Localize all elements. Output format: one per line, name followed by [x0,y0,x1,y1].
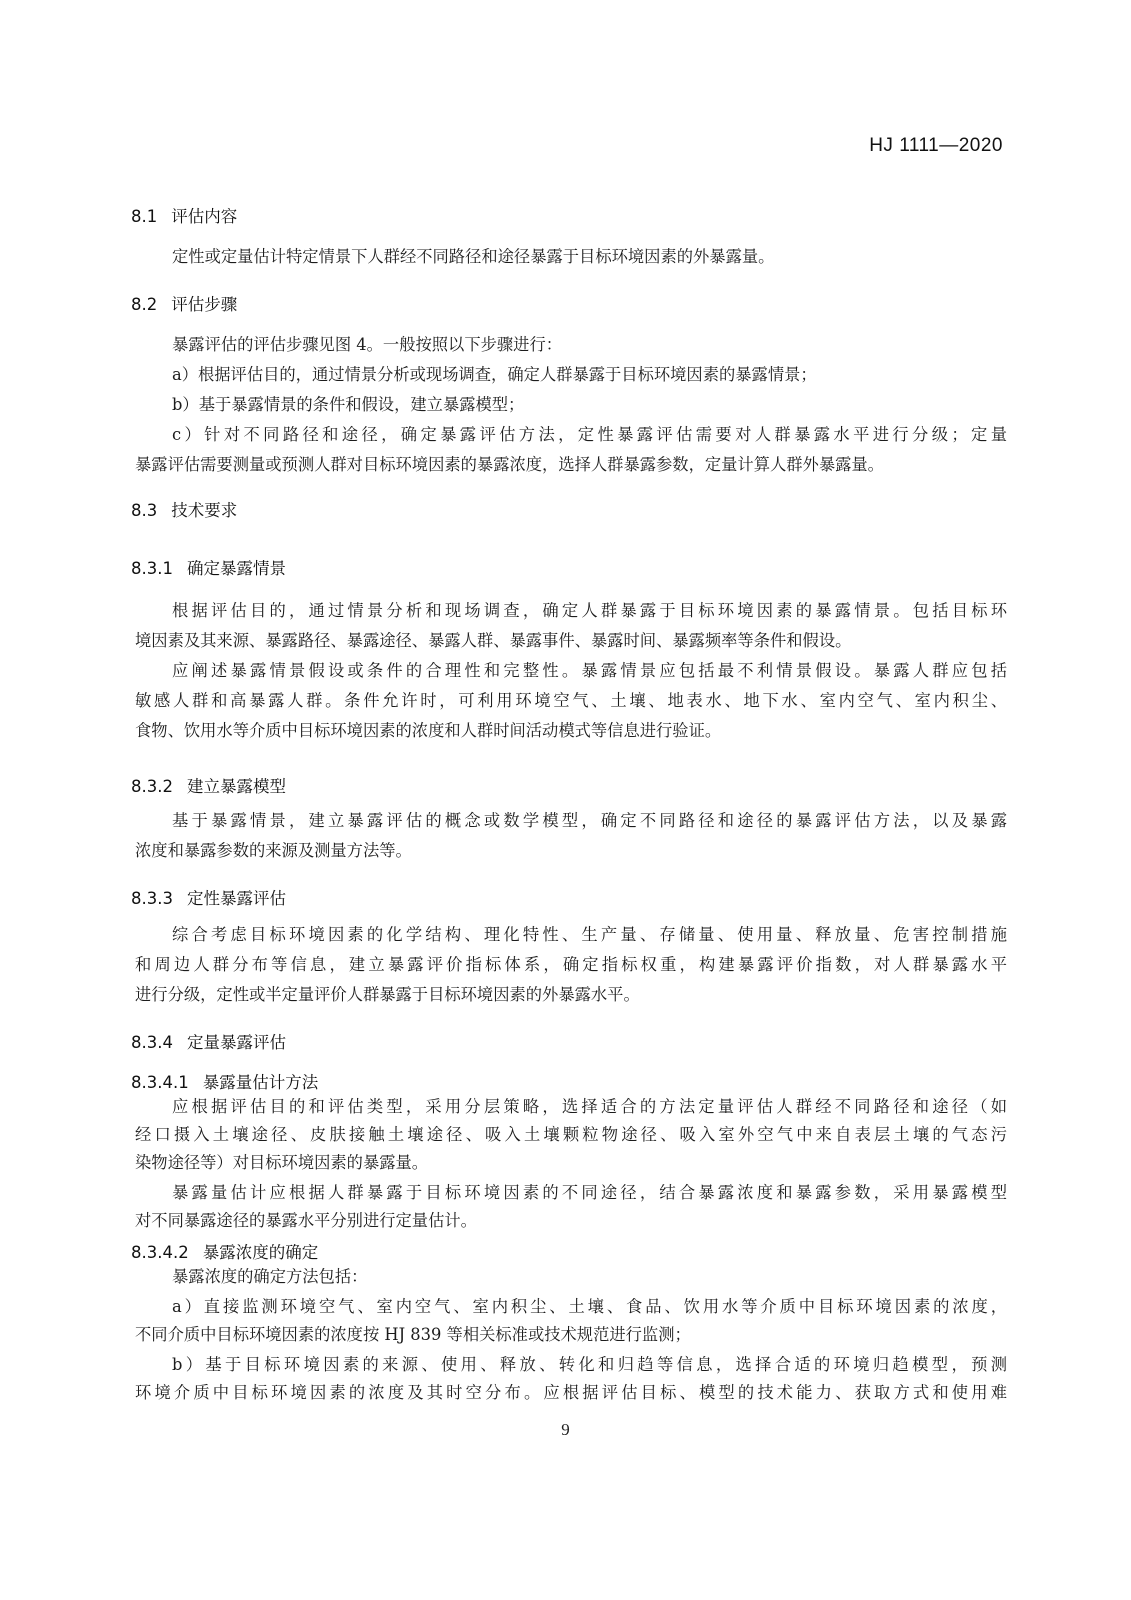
section-number: 8.3.3 [131,889,173,908]
paragraph-line: 境因素及其来源、暴露路径、暴露途径、暴露人群、暴露事件、暴露时间、暴露频率等条件… [135,631,1007,651]
paragraph-line: 进行分级，定性或半定量评价人群暴露于目标环境因素的外暴露水平。 [135,985,1007,1005]
paragraph-line: 环境介质中目标环境因素的浓度及其时空分布。应根据评估目标、模型的技术能力、获取方… [135,1383,1007,1403]
section-title: 技术要求 [171,501,237,520]
paragraph-line: 和周边人群分布等信息，建立暴露评价指标体系，确定指标权重，构建暴露评价指数，对人… [135,955,1007,975]
section-heading-8-3-1: 8.3.1确定暴露情景 [131,555,286,579]
paragraph-line: 敏感人群和高暴露人群。条件允许时，可利用环境空气、土壤、地表水、地下水、室内空气… [135,691,1007,711]
page-number: 9 [0,1420,1131,1440]
section-title: 评估内容 [171,207,237,226]
section-title: 定性暴露评估 [187,889,286,908]
paragraph-line: 浓度和暴露参数的来源及测量方法等。 [135,841,1007,861]
section-number: 8.3.2 [131,777,173,796]
paragraph-line: 对不同暴露途径的暴露水平分别进行定量估计。 [135,1211,1007,1231]
paragraph-line: 定性或定量估计特定情景下人群经不同路径和途径暴露于目标环境因素的外暴露量。 [172,247,1007,267]
paragraph-line: 应根据评估目的和评估类型，采用分层策略，选择适合的方法定量评估人群经不同路径和途… [172,1097,1007,1117]
section-title: 暴露量估计方法 [203,1073,319,1092]
paragraph-line: 应阐述暴露情景假设或条件的合理性和完整性。暴露情景应包括最不利情景假设。暴露人群… [172,661,1007,681]
list-item-a: a）直接监测环境空气、室内空气、室内积尘、土壤、食品、饮用水等介质中目标环境因素… [172,1297,1007,1317]
list-item-b: b）基于目标环境因素的来源、使用、释放、转化和归趋等信息，选择合适的环境归趋模型… [172,1355,1007,1375]
paragraph-line: 综合考虑目标环境因素的化学结构、理化特性、生产量、存储量、使用量、释放量、危害控… [172,925,1007,945]
document-page: HJ 1111—2020 8.1评估内容 定性或定量估计特定情景下人群经不同路径… [0,0,1131,1600]
paragraph-line: 基于暴露情景，建立暴露评估的概念或数学模型，确定不同路径和途径的暴露评估方法，以… [172,811,1007,831]
section-number: 8.3.1 [131,559,173,578]
section-title: 暴露浓度的确定 [203,1243,319,1262]
paragraph-line: 暴露浓度的确定方法包括： [172,1267,1007,1287]
list-item-c: c）针对不同路径和途径，确定暴露评估方法，定性暴露评估需要对人群暴露水平进行分级… [172,425,1007,445]
section-heading-8-2: 8.2评估步骤 [131,291,237,315]
section-title: 建立暴露模型 [187,777,286,796]
section-heading-8-3-4: 8.3.4定量暴露评估 [131,1029,286,1053]
section-number: 8.1 [131,207,157,226]
section-heading-8-1: 8.1评估内容 [131,203,237,227]
paragraph-line: 食物、饮用水等介质中目标环境因素的浓度和人群时间活动模式等信息进行验证。 [135,721,1007,741]
section-number: 8.3.4 [131,1033,173,1052]
paragraph-line: 暴露量估计应根据人群暴露于目标环境因素的不同途径，结合暴露浓度和暴露参数，采用暴… [172,1183,1007,1203]
paragraph-line: 暴露评估的评估步骤见图 4。一般按照以下步骤进行： [172,335,1007,355]
paragraph-line: 经口摄入土壤途径、皮肤接触土壤途径、吸入土壤颗粒物途径、吸入室外空气中来自表层土… [135,1125,1007,1145]
list-item-b: b）基于暴露情景的条件和假设，建立暴露模型； [172,395,1007,415]
section-heading-8-3-4-2: 8.3.4.2暴露浓度的确定 [131,1239,318,1263]
document-code-header: HJ 1111—2020 [869,135,1003,157]
paragraph-line: 根据评估目的，通过情景分析和现场调查，确定人群暴露于目标环境因素的暴露情景。包括… [172,601,1007,621]
section-heading-8-3-3: 8.3.3定性暴露评估 [131,885,286,909]
list-item-a: a）根据评估目的，通过情景分析或现场调查，确定人群暴露于目标环境因素的暴露情景； [172,365,1007,385]
section-heading-8-3-4-1: 8.3.4.1暴露量估计方法 [131,1069,318,1093]
section-title: 评估步骤 [171,295,237,314]
paragraph-line: 暴露评估需要测量或预测人群对目标环境因素的暴露浓度，选择人群暴露参数，定量计算人… [135,455,1007,475]
paragraph-line: 不同介质中目标环境因素的浓度按 HJ 839 等相关标准或技术规范进行监测； [135,1325,1007,1345]
paragraph-line: 染物途径等）对目标环境因素的暴露量。 [135,1153,1007,1173]
section-title: 定量暴露评估 [187,1033,286,1052]
section-heading-8-3: 8.3技术要求 [131,497,237,521]
section-number: 8.2 [131,295,157,314]
section-title: 确定暴露情景 [187,559,286,578]
section-number: 8.3.4.2 [131,1243,189,1262]
section-number: 8.3 [131,501,157,520]
section-heading-8-3-2: 8.3.2建立暴露模型 [131,773,286,797]
section-number: 8.3.4.1 [131,1073,189,1092]
